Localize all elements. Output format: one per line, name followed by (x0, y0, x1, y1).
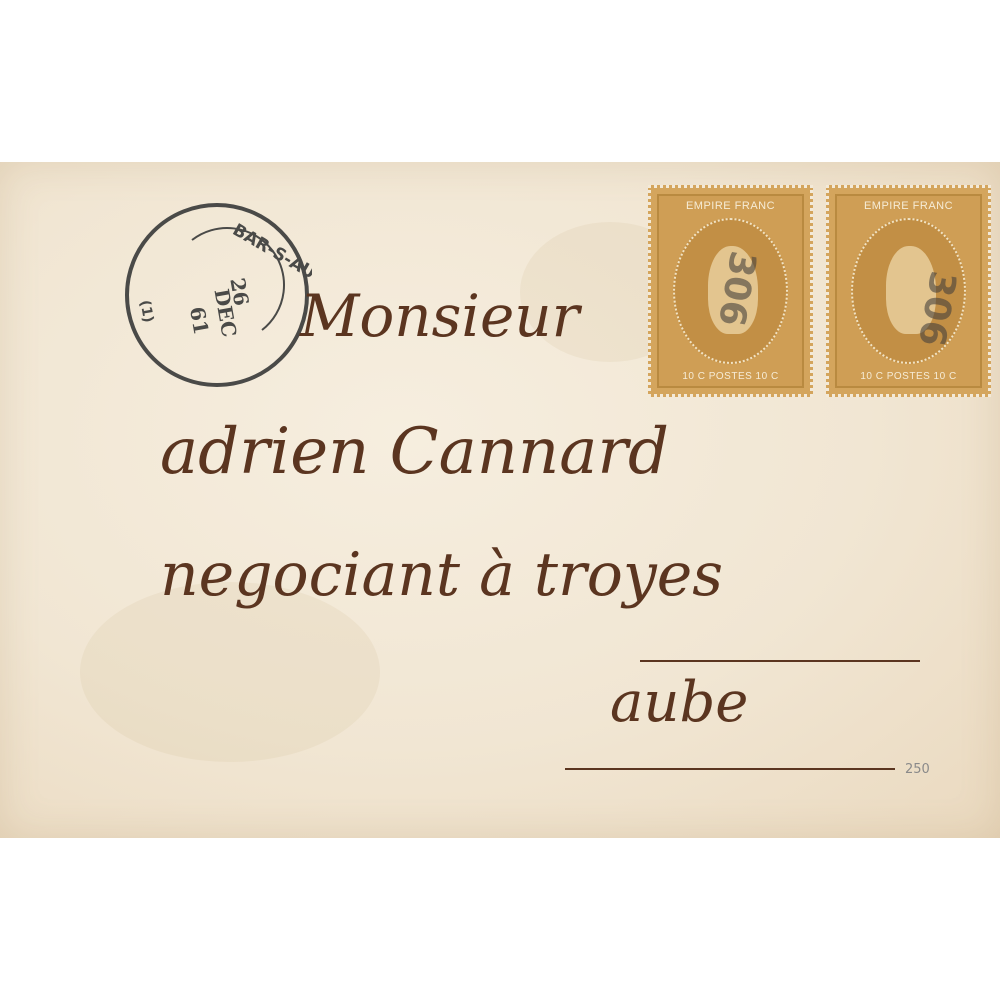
stamp-2: EMPIRE FRANC 10 C POSTES 10 C 306 (826, 185, 991, 397)
pencil-note: 250 (905, 762, 930, 777)
address-line-2: adrien Cannard (160, 415, 669, 489)
underline (640, 660, 920, 662)
postmark-cds: BAR-S-AUBE 26 DEC 61 (1) (122, 200, 312, 390)
stamp-top-text: EMPIRE FRANC (837, 200, 980, 212)
stamp-bottom-text: 10 C POSTES 10 C (659, 371, 802, 382)
postmark-year: 61 (185, 305, 213, 337)
stamp-top-text: EMPIRE FRANC (659, 200, 802, 212)
underline (565, 768, 895, 770)
stamp-bottom-text: 10 C POSTES 10 C (837, 371, 980, 382)
address-line-1: Monsieur (300, 282, 579, 350)
postmark-code: (1) (136, 299, 156, 324)
address-line-3: negociant à troyes (160, 540, 723, 610)
address-line-4: aube (610, 670, 748, 735)
stamp-1: EMPIRE FRANC 10 C POSTES 10 C 306 (648, 185, 813, 397)
